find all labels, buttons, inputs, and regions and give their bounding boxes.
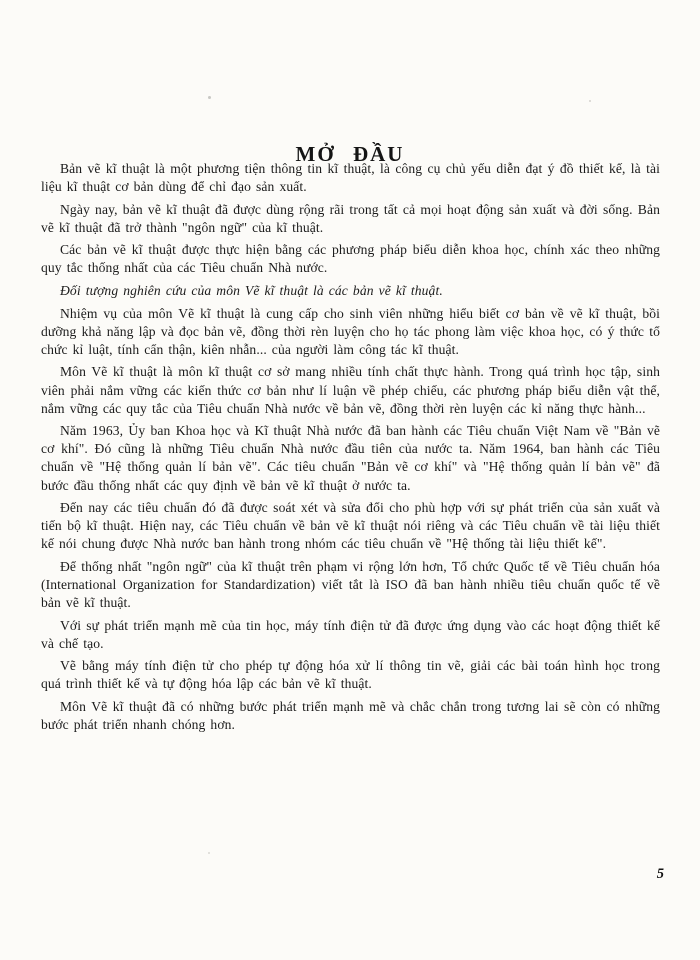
page-body: Bản vẽ kĩ thuật là một phương tiện thông…	[41, 160, 660, 739]
paragraph-8: Đến nay các tiêu chuẩn đó đã được soát x…	[41, 499, 660, 553]
paragraph-4-emphasis: Đối tượng nghiên cứu của môn Vẽ kĩ thuật…	[41, 282, 660, 300]
paragraph-5: Nhiệm vụ của môn Vẽ kĩ thuật là cung cấp…	[41, 305, 660, 359]
paragraph-11: Vẽ bằng máy tính điện tử cho phép tự độn…	[41, 657, 660, 693]
paragraph-3: Các bản vẽ kĩ thuật được thực hiện bằng …	[41, 241, 660, 277]
scan-speck	[208, 852, 210, 854]
paragraph-12: Môn Vẽ kĩ thuật đã có những bước phát tr…	[41, 698, 660, 734]
paragraph-10: Với sự phát triển mạnh mẽ của tin học, m…	[41, 617, 660, 653]
scan-speck	[208, 96, 211, 99]
paragraph-2: Ngày nay, bản vẽ kĩ thuật đã được dùng r…	[41, 201, 660, 237]
book-page: MỞ ĐẦU Bản vẽ kĩ thuật là một phương tiệ…	[0, 0, 700, 960]
paragraph-9: Để thống nhất "ngôn ngữ" của kĩ thuật tr…	[41, 558, 660, 612]
page-number: 5	[657, 866, 664, 883]
paragraph-7: Năm 1963, Ủy ban Khoa học và Kĩ thuật Nh…	[41, 422, 660, 494]
scan-speck	[589, 100, 591, 102]
paragraph-1: Bản vẽ kĩ thuật là một phương tiện thông…	[41, 160, 660, 196]
paragraph-6: Môn Vẽ kĩ thuật là môn kĩ thuật cơ sở ma…	[41, 363, 660, 417]
